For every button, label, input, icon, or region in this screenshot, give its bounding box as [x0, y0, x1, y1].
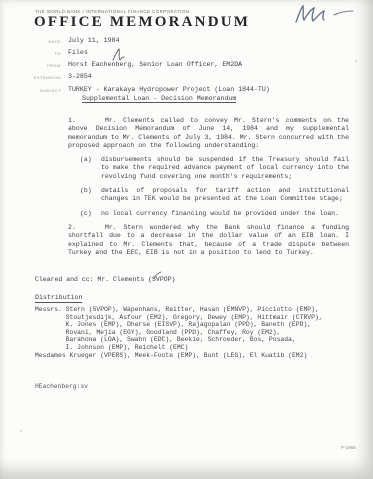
paragraph-2-number: 2. [68, 224, 105, 232]
memo-page: THE WORLD BANK / INTERNATIONAL FINANCE C… [0, 0, 373, 479]
from-value: Horst Eachenberg, Senior Loan Officer, E… [68, 61, 242, 68]
list-item-c-marker: (c) [80, 210, 101, 218]
list-item-a: (a) disbursements should be suspended if… [80, 156, 349, 181]
memo-title: OFFICE MEMORANDUM [34, 14, 250, 31]
handwritten-checkmark-icon [110, 48, 126, 62]
distribution-list: Messrs. Stern (SVPOP), Wapenhans, Reitte… [35, 306, 323, 359]
to-value: Files [68, 49, 88, 56]
scan-speckle [331, 120, 333, 122]
distribution-line: I. Johnson (EMP), Reichelt (EMC) [35, 344, 323, 352]
paragraph-1-number: 1. [68, 117, 105, 125]
subject-value: TURKEY - Karakaya Hydropower Project (Lo… [68, 86, 270, 103]
typist-initials: HEachenberg:sv [35, 383, 88, 390]
paragraph-2: 2.Mr. Stern wondered why the Bank should… [68, 224, 349, 257]
list-item-c: (c) no local currency financing would be… [80, 210, 349, 218]
extension-label: EXTENSION: [6, 75, 62, 80]
distribution-line: Barahona (LOA), Swahn (EDC), Beekie, Sch… [35, 336, 323, 344]
distribution-line: K. Jones (EMP), Dherse (EISVP), Rajagopa… [35, 321, 323, 329]
distribution-line: Stoutjesdijk, Asfour (EM2), Gregory, Dew… [35, 314, 323, 322]
list-item-b-marker: (b) [80, 187, 101, 204]
date-value: July 11, 1984 [68, 37, 119, 44]
paragraph-1: 1.Mr. Clements called to convey Mr. Ster… [68, 117, 349, 150]
form-number: P-1866 [341, 445, 356, 450]
to-label: TO: [6, 51, 62, 56]
paragraph-2-text: Mr. Stern wondered why the Bank should f… [68, 224, 349, 256]
distribution-heading: Distribution [35, 294, 82, 303]
list-item-a-marker: (a) [80, 156, 101, 181]
list-item-b: (b) details of proposals for tariff acti… [80, 187, 349, 204]
subject-line-1: TURKEY - Karakaya Hydropower Project (Lo… [68, 86, 270, 93]
distribution-line: Rovani, Mejia (EGY), Goodland (PPD), Cha… [35, 329, 323, 337]
subject-label: SUBJECT: [6, 88, 62, 93]
list-item-a-text: disbursements should be suspended if the… [101, 156, 349, 181]
distribution-line: Messrs. Stern (SVPOP), Wapenhans, Reitte… [35, 306, 323, 314]
paragraph-1-text: Mr. Clements called to convey Mr. Stern'… [68, 117, 349, 149]
memo-body: 1.Mr. Clements called to convey Mr. Ster… [68, 117, 349, 257]
extension-value: 3-2854 [68, 73, 92, 80]
scan-speckle [355, 60, 357, 62]
list-item-c-text: no local currency financing would be pro… [101, 210, 349, 218]
understanding-list: (a) disbursements should be suspended if… [80, 156, 349, 218]
handwritten-tick-icon [153, 271, 163, 280]
scan-speckle [20, 430, 22, 432]
list-item-b-text: details of proposals for tariff action a… [101, 187, 349, 204]
distribution-mesdames-line: Mesdames Krueger (VPERS), Meek-Foote (EM… [35, 352, 323, 360]
subject-line-2: Supplemental Loan - Decision Memorandum [82, 95, 236, 104]
date-label: DATE: [6, 39, 62, 44]
handwritten-initials-icon [290, 2, 360, 28]
from-label: FROM: [6, 63, 62, 68]
